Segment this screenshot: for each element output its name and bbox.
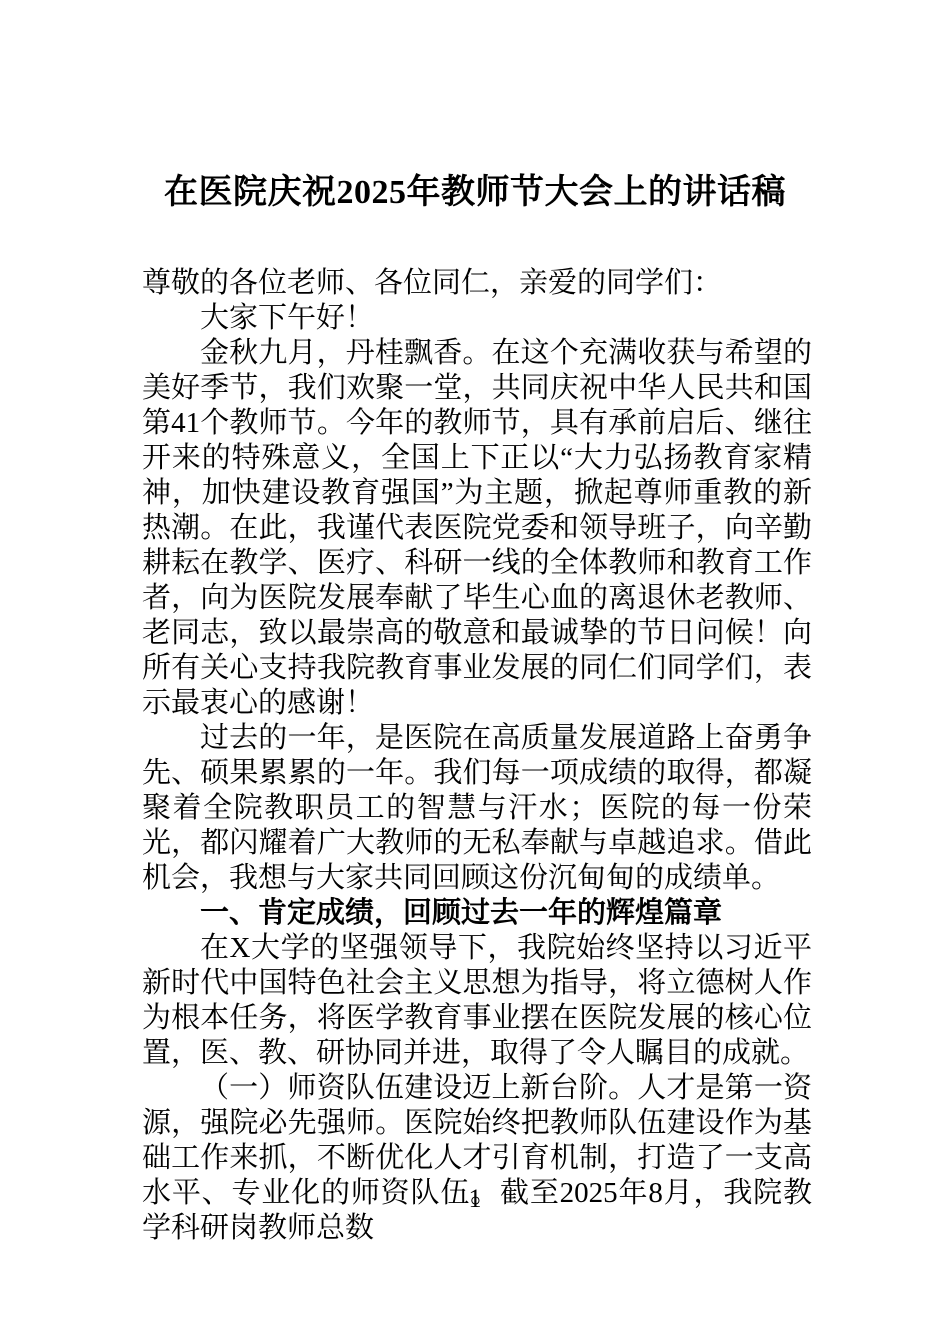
- document-title: 在医院庆祝2025年教师节大会上的讲话稿: [0, 166, 950, 220]
- document-page: 在医院庆祝2025年教师节大会上的讲话稿 尊敬的各位老师、各位同仁，亲爱的同学们…: [0, 0, 950, 1344]
- section-heading: 一、肯定成绩，回顾过去一年的辉煌篇章: [142, 896, 812, 931]
- review-paragraph: 过去的一年，是医院在高质量发展道路上奋勇争先、硕果累累的一年。我们每一项成绩的取…: [142, 721, 812, 896]
- guidance-paragraph: 在X大学的坚强领导下，我院始终坚持以习近平新时代中国特色社会主义思想为指导，将立…: [142, 931, 812, 1071]
- faculty-paragraph: （一）师资队伍建设迈上新台阶。人才是第一资源，强院必先强师。医院始终把教师队伍建…: [142, 1071, 812, 1246]
- salutation-line: 尊敬的各位老师、各位同仁，亲爱的同学们：: [142, 266, 812, 301]
- opening-paragraph: 金秋九月，丹桂飘香。在这个充满收获与希望的美好季节，我们欢聚一堂，共同庆祝中华人…: [142, 336, 812, 721]
- document-body: 尊敬的各位老师、各位同仁，亲爱的同学们： 大家下午好！ 金秋九月，丹桂飘香。在这…: [142, 266, 812, 1246]
- greeting-line: 大家下午好！: [142, 301, 812, 336]
- page-number: 1: [0, 1184, 950, 1214]
